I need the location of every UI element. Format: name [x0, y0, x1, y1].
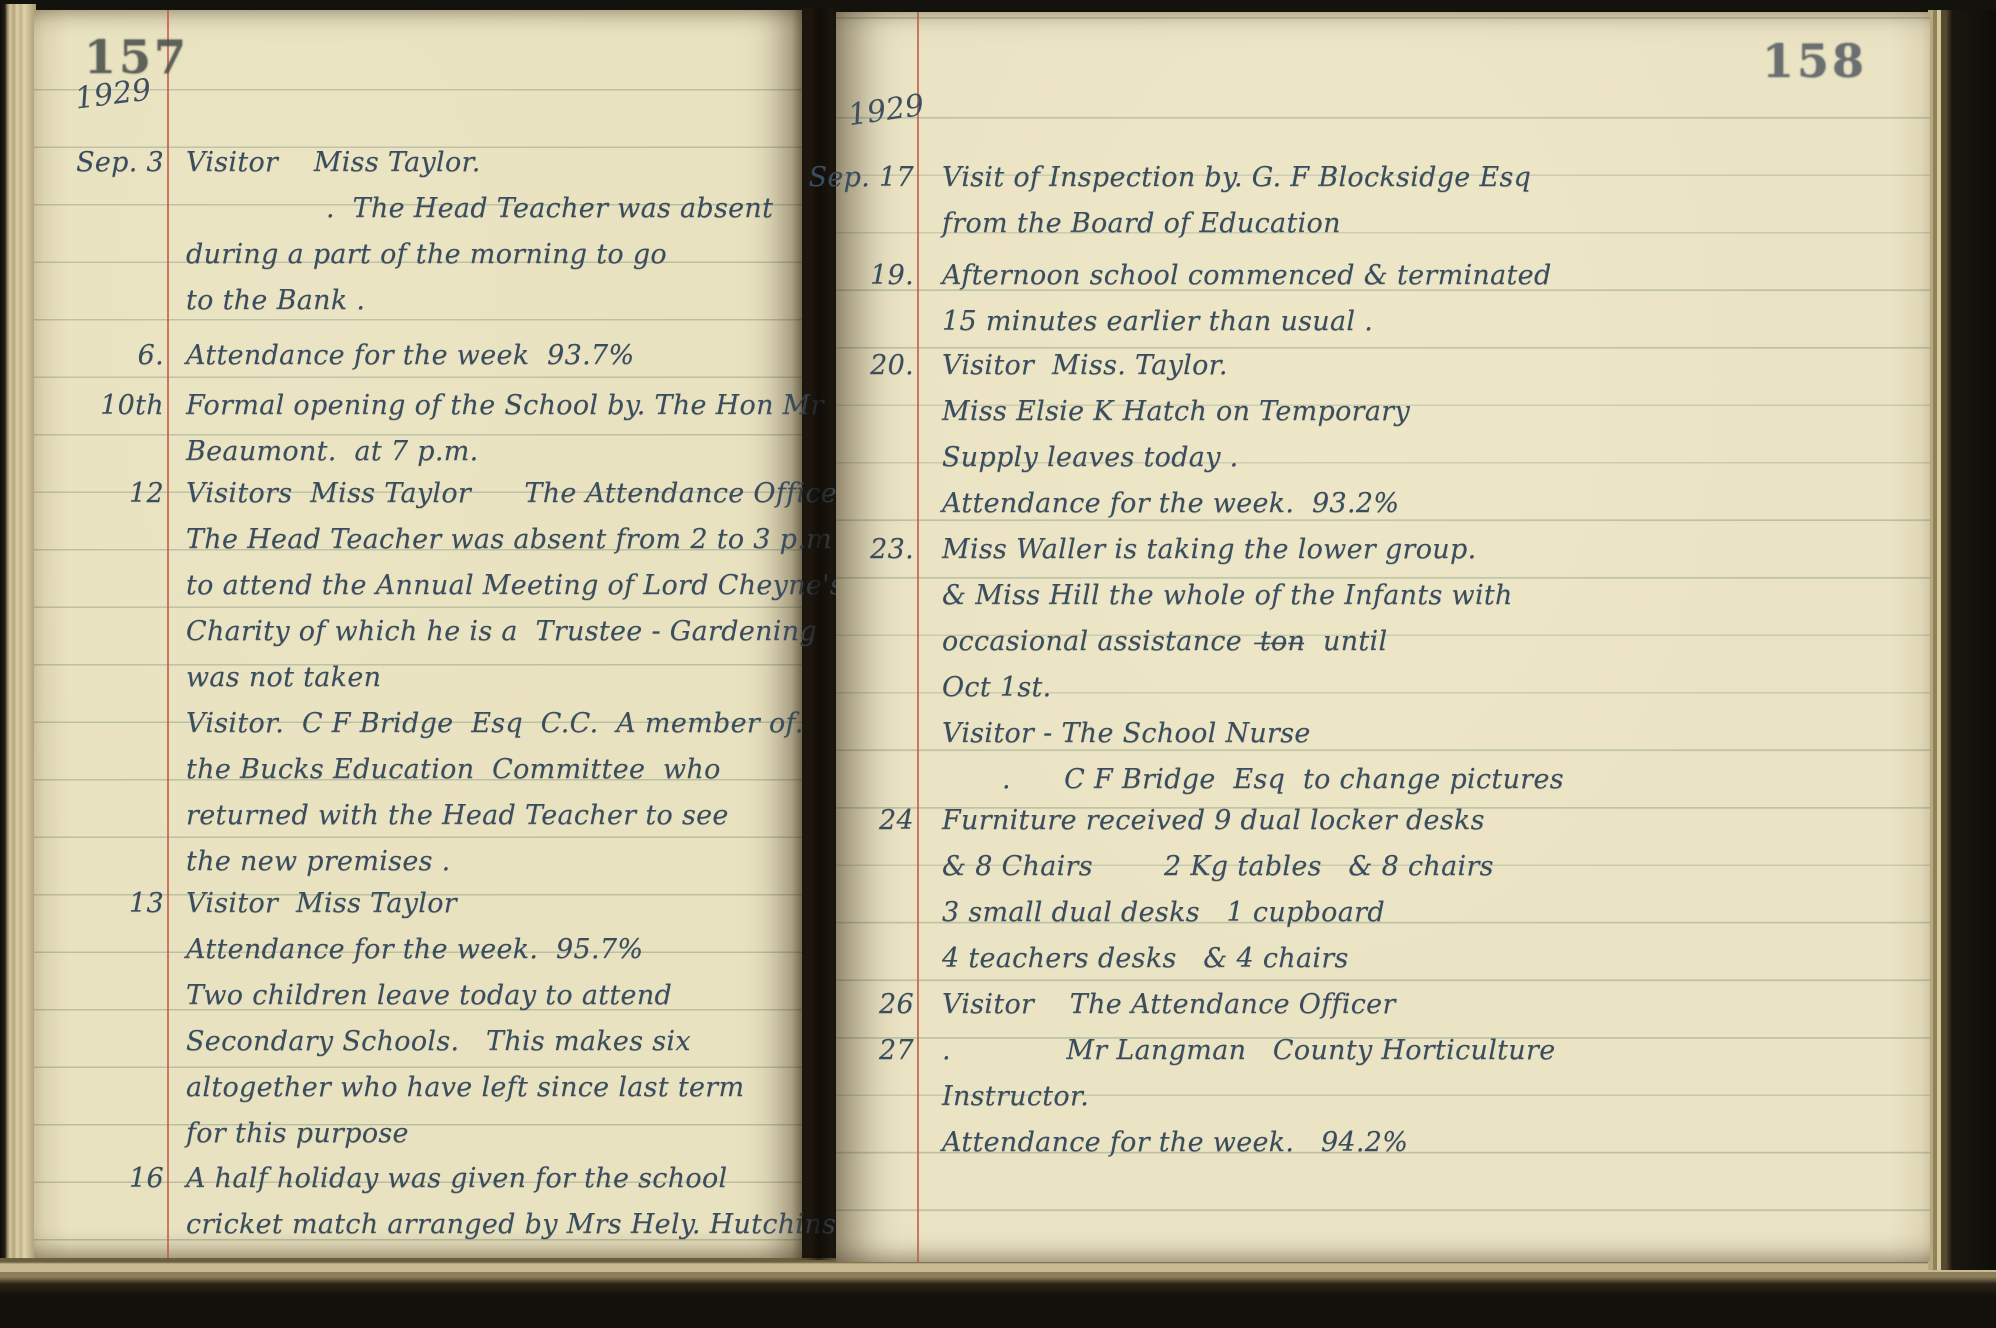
entry-date: 10th	[44, 383, 164, 429]
entry-date: 12	[44, 471, 164, 517]
log-line: Instructor.	[942, 1074, 1555, 1120]
log-line: cricket match arranged by Mrs Hely. Hutc…	[186, 1202, 870, 1248]
scanned-logbook-spread: 157 1929 Sep. 3Visitor Miss Taylor.. The…	[0, 0, 1996, 1328]
log-line: Visitor Miss. Taylor.	[942, 343, 1410, 389]
log-entry: 23.Miss Waller is taking the lower group…	[942, 527, 1564, 803]
entry-date: 6.	[44, 333, 164, 379]
log-line: Attendance for the week 93.7%	[186, 333, 634, 379]
log-entry: 19.Afternoon school commenced & terminat…	[942, 253, 1552, 345]
log-line: Charity of which he is a Trustee - Garde…	[186, 609, 850, 655]
log-line: Two children leave today to attend	[186, 973, 744, 1019]
entry-date: Sep. 17	[794, 155, 914, 201]
entry-date: 26	[794, 982, 914, 1028]
entry-date: 20.	[794, 343, 914, 389]
log-line: Miss Waller is taking the lower group.	[942, 527, 1564, 573]
log-line: from the Board of Education	[942, 201, 1531, 247]
log-line: to attend the Annual Meeting of Lord Che…	[186, 563, 850, 609]
log-line: the new premises .	[186, 839, 850, 885]
log-line: the Bucks Education Committee who	[186, 747, 850, 793]
entry-date: 13	[44, 881, 164, 927]
log-line: Visitor Miss Taylor.	[186, 140, 773, 186]
log-line: during a part of the morning to go	[186, 232, 773, 278]
log-entry: 10thFormal opening of the School by. The…	[186, 383, 824, 475]
log-entry: 6.Attendance for the week 93.7%	[186, 333, 634, 379]
log-line: Visit of Inspection by. G. F Blocksidge …	[942, 155, 1531, 201]
log-entry: 12Visitors Miss Taylor The Attendance Of…	[186, 471, 850, 885]
log-entry: 20.Visitor Miss. Taylor.Miss Elsie K Hat…	[942, 343, 1410, 527]
log-entry: Sep. 3Visitor Miss Taylor.. The Head Tea…	[186, 140, 773, 324]
log-line: 4 teachers desks & 4 chairs	[942, 936, 1494, 982]
log-line: A half holiday was given for the school	[186, 1156, 870, 1202]
log-line: Furniture received 9 dual locker desks	[942, 798, 1494, 844]
log-line: 3 small dual desks 1 cupboard	[942, 890, 1494, 936]
page-stack-bottom-edge	[0, 1258, 1996, 1328]
entry-date: Sep. 3	[44, 140, 164, 186]
entry-date: 27	[794, 1028, 914, 1074]
log-line: Attendance for the week. 95.7%	[186, 927, 744, 973]
log-line: Miss Elsie K Hatch on Temporary	[942, 389, 1410, 435]
log-line: Visitor - The School Nurse	[942, 711, 1564, 757]
log-line: occasional assistance t̶o̶n̶ until	[942, 619, 1564, 665]
log-entry: 27. Mr Langman County HorticultureInstru…	[942, 1028, 1555, 1166]
page-stack-right-edges	[1928, 10, 1996, 1270]
log-entry: 16A half holiday was given for the schoo…	[186, 1156, 870, 1248]
entry-date: 16	[44, 1156, 164, 1202]
log-line: . The Head Teacher was absent	[186, 186, 773, 232]
log-entry: Sep. 17Visit of Inspection by. G. F Bloc…	[942, 155, 1531, 247]
log-line: Visitor. C F Bridge Esq C.C. A member of…	[186, 701, 850, 747]
entry-date: 19.	[794, 253, 914, 299]
log-line: . Mr Langman County Horticulture	[942, 1028, 1555, 1074]
page-number-stamp: 158	[1762, 38, 1867, 84]
log-line: 15 minutes earlier than usual .	[942, 299, 1552, 345]
page-stack-left-edges	[0, 4, 36, 1294]
log-line: Afternoon school commenced & terminated	[942, 253, 1552, 299]
margin-rule-line	[167, 10, 169, 1258]
log-line: was not taken	[186, 655, 850, 701]
log-entry: 24Furniture received 9 dual locker desks…	[942, 798, 1494, 982]
log-line: Oct 1st.	[942, 665, 1564, 711]
log-line: Formal opening of the School by. The Hon…	[186, 383, 824, 429]
year-label: 1929	[73, 75, 152, 114]
log-line: returned with the Head Teacher to see	[186, 793, 850, 839]
log-line: Beaumont. at 7 p.m.	[186, 429, 824, 475]
entry-date: 24	[794, 798, 914, 844]
log-line: Visitor Miss Taylor	[186, 881, 744, 927]
log-line: & Miss Hill the whole of the Infants wit…	[942, 573, 1564, 619]
log-line: Attendance for the week. 94.2%	[942, 1120, 1555, 1166]
log-line: Supply leaves today .	[942, 435, 1410, 481]
log-line: Secondary Schools. This makes six	[186, 1019, 744, 1065]
year-label: 1929	[846, 91, 926, 131]
log-line: altogether who have left since last term	[186, 1065, 744, 1111]
log-line: for this purpose	[186, 1111, 744, 1157]
log-line: Visitors Miss Taylor The Attendance Offi…	[186, 471, 850, 517]
logbook-page-right: 158 1929 Sep. 17Visit of Inspection by. …	[836, 12, 1930, 1262]
log-line: & 8 Chairs 2 Kg tables & 8 chairs	[942, 844, 1494, 890]
log-line: Visitor The Attendance Officer	[942, 982, 1396, 1028]
log-line: Attendance for the week. 93.2%	[942, 481, 1410, 527]
log-line: The Head Teacher was absent from 2 to 3 …	[186, 517, 850, 563]
logbook-page-left: 157 1929 Sep. 3Visitor Miss Taylor.. The…	[34, 10, 802, 1258]
log-entry: 26Visitor The Attendance Officer	[942, 982, 1396, 1028]
entry-date: 23.	[794, 527, 914, 573]
log-line: to the Bank .	[186, 278, 773, 324]
log-line: . C F Bridge Esq to change pictures	[942, 757, 1564, 803]
margin-rule-line	[917, 12, 919, 1262]
log-entry: 13Visitor Miss TaylorAttendance for the …	[186, 881, 744, 1157]
